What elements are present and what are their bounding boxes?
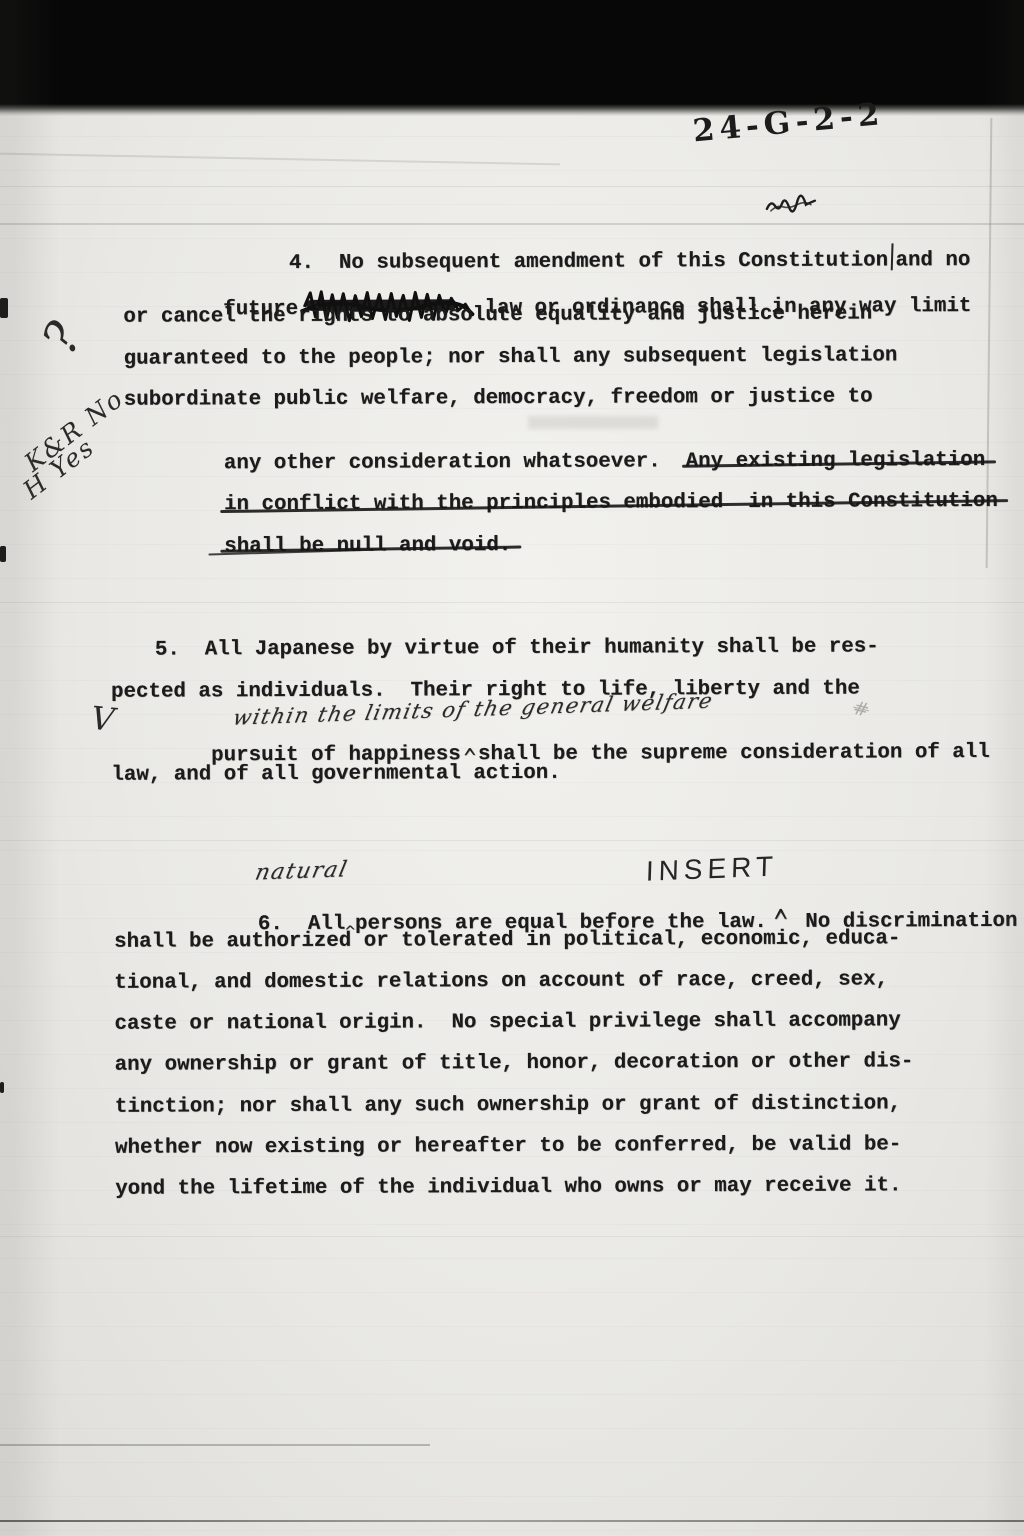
typed-line: 5. All Japanese by virtue of their human… bbox=[111, 635, 879, 661]
typed-line: or cancel the rights to absolute equalit… bbox=[123, 302, 872, 328]
typed-line: caste or national origin. No special pri… bbox=[114, 1009, 900, 1035]
typed-line: shall be authorized or tolerated in poli… bbox=[114, 927, 900, 953]
handwritten-natural: natural bbox=[253, 857, 350, 885]
typed-line: subordinate public welfare, democracy, f… bbox=[124, 385, 873, 411]
typed-line: yond the lifetime of the individual who … bbox=[115, 1174, 901, 1200]
strikethrough-text: shall be null and void. bbox=[224, 534, 511, 558]
margin-question-mark: ? bbox=[32, 314, 94, 363]
typed-line: any ownership or grant of title, honor, … bbox=[115, 1050, 914, 1076]
typed-line: guaranteed to the people; nor shall any … bbox=[124, 344, 898, 370]
typed-line: tional, and domestic relations on accoun… bbox=[114, 968, 888, 994]
typed-line: whether now existing or hereafter to be … bbox=[115, 1133, 901, 1159]
typed-line: shall be null and void. bbox=[124, 511, 511, 582]
margin-checkmark: V bbox=[89, 699, 116, 739]
corner-reference-label: 24-G-2-2 bbox=[691, 96, 885, 149]
page-content: 24-G-2-2 4. No subsequent amendment of t… bbox=[0, 0, 1024, 1536]
scanned-page: 24-G-2-2 4. No subsequent amendment of t… bbox=[0, 0, 1024, 1536]
edge-speck bbox=[0, 1082, 4, 1093]
pencil-scribble-icon bbox=[765, 195, 817, 215]
typed-line: law, and of all governmental action. bbox=[111, 762, 560, 787]
insert-label: INSERT bbox=[645, 851, 778, 888]
typed-line: tinction; nor shall any such ownership o… bbox=[115, 1092, 901, 1118]
